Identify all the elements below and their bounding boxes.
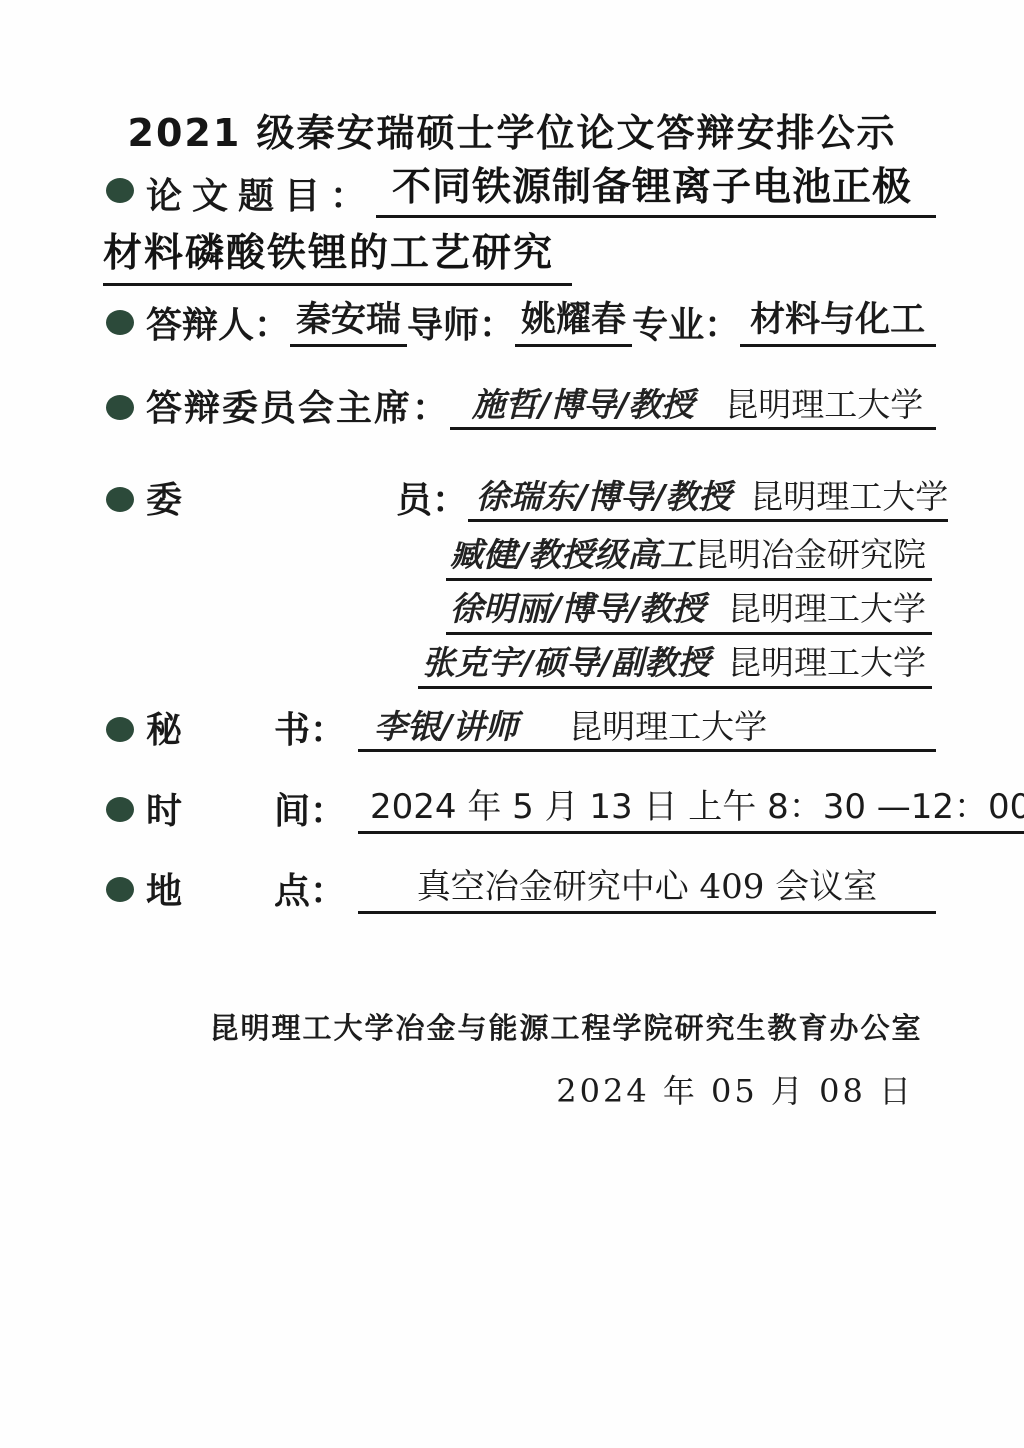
thesis-title-row: 论文题目： 不同铁源制备锂离子电池正极 bbox=[106, 164, 936, 218]
secretary-name: 李银/讲师 bbox=[374, 707, 518, 746]
time-label-left: 时 bbox=[146, 790, 182, 833]
committee-member-row: 臧健/教授级高工 昆明冶金研究院 bbox=[446, 534, 932, 581]
secretary-row: 秘 书： 李银/讲师 昆明理工大学 bbox=[106, 706, 936, 752]
location-label-left: 地 bbox=[146, 870, 182, 913]
announcement-document: 2021 级秦安瑞硕士学位论文答辩安排公示 论文题目： 不同铁源制备锂离子电池正… bbox=[0, 0, 1024, 1448]
chair-name: 施哲/博导/教授 bbox=[472, 385, 694, 424]
issuing-office: 昆明理工大学冶金与能源工程学院研究生教育办公室 bbox=[108, 1006, 1024, 1047]
secretary-label: 秘 书： bbox=[146, 709, 346, 752]
secretary-label-left: 秘 bbox=[146, 709, 182, 752]
committee-member-name: 徐瑞东/博导/教授 bbox=[476, 477, 731, 516]
chair-affiliation: 昆明理工大学 bbox=[725, 385, 923, 424]
secretary-label-right: 书： bbox=[274, 709, 346, 752]
issue-date: 2024 年 05 月 08 日 bbox=[0, 1066, 914, 1112]
committee-member-affiliation: 昆明冶金研究院 bbox=[695, 534, 926, 575]
location-label: 地 点： bbox=[146, 870, 346, 913]
major-value: 材料与化工 bbox=[740, 298, 936, 347]
secretary-affiliation: 昆明理工大学 bbox=[569, 707, 767, 746]
supervisor-name: 姚耀春 bbox=[515, 298, 632, 347]
committee-label-left: 委 bbox=[146, 479, 182, 522]
committee-member-row: 张克宇/硕导/副教授 昆明理工大学 bbox=[418, 642, 932, 689]
committee-member-value: 徐瑞东/博导/教授 昆明理工大学 bbox=[468, 476, 948, 522]
committee-member-affiliation: 昆明理工大学 bbox=[728, 588, 926, 629]
location-row: 地 点： 真空冶金研究中心 409 会议室 bbox=[106, 866, 936, 914]
committee-member-affiliation: 昆明理工大学 bbox=[750, 477, 948, 516]
committee-member-name: 张克宇/硕导/副教授 bbox=[422, 642, 710, 683]
location-label-right: 点： bbox=[274, 870, 346, 913]
committee-member-row: 徐明丽/博导/教授 昆明理工大学 bbox=[446, 588, 932, 635]
committee-member-name: 臧健/教授级高工 bbox=[450, 534, 693, 575]
secretary-value: 李银/讲师 昆明理工大学 bbox=[358, 706, 936, 752]
chair-label: 答辩委员会主席： bbox=[146, 387, 450, 430]
committee-label: 委 员： bbox=[146, 479, 468, 522]
time-label-right: 间： bbox=[274, 790, 346, 833]
location-value: 真空冶金研究中心 409 会议室 bbox=[358, 866, 936, 914]
chair-value: 施哲/博导/教授 昆明理工大学 bbox=[450, 384, 936, 430]
candidate-row: 答辩人： 秦安瑞 导师： 姚耀春 专业： 材料与化工 bbox=[106, 298, 936, 347]
bullet-icon bbox=[106, 178, 134, 203]
time-value: 2024 年 5 月 13 日 上午 8：30 —12：00 bbox=[358, 786, 1024, 834]
bullet-icon bbox=[106, 717, 134, 742]
thesis-title-line2: 材料磷酸铁锂的工艺研究 bbox=[103, 230, 572, 286]
supervisor-label: 导师： bbox=[407, 304, 515, 347]
candidate-label: 答辩人： bbox=[146, 304, 290, 347]
candidate-name: 秦安瑞 bbox=[290, 298, 407, 347]
committee-member-name: 徐明丽/博导/教授 bbox=[450, 588, 705, 629]
committee-row: 委 员： 徐瑞东/博导/教授 昆明理工大学 bbox=[106, 476, 936, 522]
thesis-title-line1: 不同铁源制备锂离子电池正极 bbox=[376, 164, 936, 218]
bullet-icon bbox=[106, 487, 134, 512]
major-label: 专业： bbox=[632, 304, 740, 347]
committee-label-right: 员： bbox=[396, 479, 468, 522]
time-label: 时 间： bbox=[146, 790, 346, 833]
page-title: 2021 级秦安瑞硕士学位论文答辩安排公示 bbox=[0, 102, 1024, 157]
bullet-icon bbox=[106, 395, 134, 420]
committee-member-affiliation: 昆明理工大学 bbox=[728, 642, 926, 683]
time-row: 时 间： 2024 年 5 月 13 日 上午 8：30 —12：00 bbox=[106, 786, 936, 834]
bullet-icon bbox=[106, 877, 134, 902]
bullet-icon bbox=[106, 797, 134, 822]
thesis-title-label: 论文题目： bbox=[146, 175, 376, 218]
chair-row: 答辩委员会主席： 施哲/博导/教授 昆明理工大学 bbox=[106, 384, 936, 430]
bullet-icon bbox=[106, 310, 134, 335]
